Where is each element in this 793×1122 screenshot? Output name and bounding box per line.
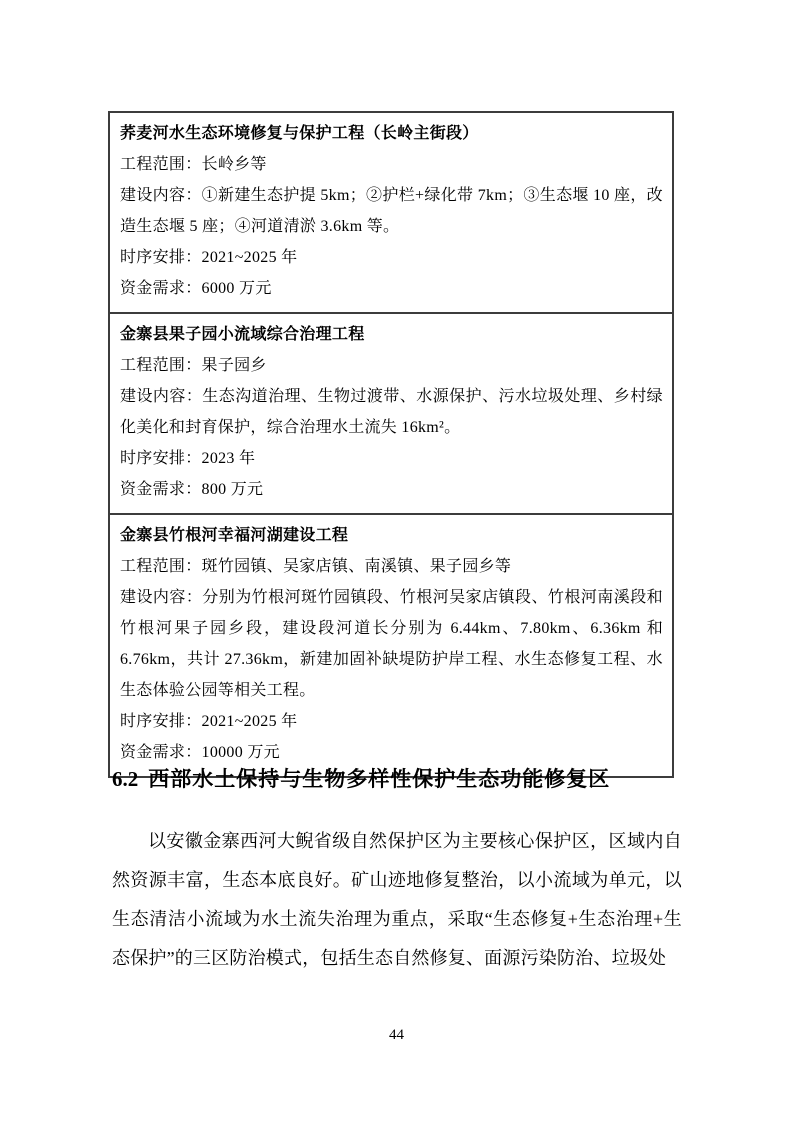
- project-content-row: 建设内容：分别为竹根河斑竹园镇段、竹根河吴家店镇段、竹根河南溪段和竹根河果子园乡…: [120, 582, 663, 706]
- funding-label: 资金需求：: [120, 744, 202, 761]
- content-label: 建设内容：: [120, 589, 202, 606]
- project-scope-row: 工程范围：果子园乡: [120, 350, 663, 381]
- project-funding-row: 资金需求：800 万元: [120, 474, 663, 505]
- project-card-2: 金寨县果子园小流域综合治理工程 工程范围：果子园乡 建设内容：生态沟道治理、生物…: [110, 312, 672, 513]
- content-value: 分别为竹根河斑竹园镇段、竹根河吴家店镇段、竹根河南溪段和竹根河果子园乡段，建设段…: [120, 589, 663, 699]
- project-card-1: 荞麦河水生态环境修复与保护工程（长岭主街段） 工程范围：长岭乡等 建设内容：①新…: [110, 113, 672, 312]
- project-card-3: 金寨县竹根河幸福河湖建设工程 工程范围：斑竹园镇、吴家店镇、南溪镇、果子园乡等 …: [110, 513, 672, 776]
- project-title: 金寨县果子园小流域综合治理工程: [120, 319, 663, 350]
- project-schedule-row: 时序安排：2021~2025 年: [120, 706, 663, 737]
- project-title: 金寨县竹根河幸福河湖建设工程: [120, 520, 663, 551]
- project-scope-row: 工程范围：长岭乡等: [120, 149, 663, 180]
- scope-label: 工程范围：: [120, 357, 202, 374]
- project-content-row: 建设内容：①新建生态护提 5km；②护栏+绿化带 7km；③生态堰 10 座，改…: [120, 180, 663, 242]
- scope-value: 斑竹园镇、吴家店镇、南溪镇、果子园乡等: [202, 558, 512, 575]
- funding-label: 资金需求：: [120, 280, 202, 297]
- schedule-label: 时序安排：: [120, 249, 202, 266]
- project-table: 荞麦河水生态环境修复与保护工程（长岭主街段） 工程范围：长岭乡等 建设内容：①新…: [108, 111, 674, 778]
- funding-value: 6000 万元: [202, 280, 272, 297]
- funding-value: 800 万元: [202, 481, 264, 498]
- content-value: 生态沟道治理、生物过渡带、水源保护、污水垃圾处理、乡村绿化美化和封育保护，综合治…: [120, 388, 663, 436]
- project-schedule-row: 时序安排：2023 年: [120, 443, 663, 474]
- document-page: 荞麦河水生态环境修复与保护工程（长岭主街段） 工程范围：长岭乡等 建设内容：①新…: [0, 0, 793, 1122]
- content-label: 建设内容：: [120, 388, 202, 405]
- scope-label: 工程范围：: [120, 156, 202, 173]
- project-title: 荞麦河水生态环境修复与保护工程（长岭主街段）: [120, 118, 663, 149]
- section-number: 6.2: [112, 767, 138, 791]
- section-heading: 6.2西部水土保持与生物多样性保护生态功能修复区: [112, 766, 684, 793]
- content-value: ①新建生态护提 5km；②护栏+绿化带 7km；③生态堰 10 座，改造生态堰 …: [120, 187, 663, 235]
- scope-value: 果子园乡: [202, 357, 267, 374]
- scope-label: 工程范围：: [120, 558, 202, 575]
- scope-value: 长岭乡等: [202, 156, 267, 173]
- schedule-value: 2023 年: [202, 450, 256, 467]
- schedule-value: 2021~2025 年: [202, 249, 298, 266]
- schedule-value: 2021~2025 年: [202, 713, 298, 730]
- funding-label: 资金需求：: [120, 481, 202, 498]
- project-scope-row: 工程范围：斑竹园镇、吴家店镇、南溪镇、果子园乡等: [120, 551, 663, 582]
- project-schedule-row: 时序安排：2021~2025 年: [120, 242, 663, 273]
- project-funding-row: 资金需求：10000 万元: [120, 737, 663, 768]
- content-label: 建设内容：: [120, 187, 202, 204]
- project-funding-row: 资金需求：6000 万元: [120, 273, 663, 304]
- project-content-row: 建设内容：生态沟道治理、生物过渡带、水源保护、污水垃圾处理、乡村绿化美化和封育保…: [120, 381, 663, 443]
- funding-value: 10000 万元: [202, 744, 280, 761]
- schedule-label: 时序安排：: [120, 450, 202, 467]
- page-number: 44: [0, 1026, 793, 1044]
- body-paragraph: 以安徽金寨西河大鲵省级自然保护区为主要核心保护区，区域内自然资源丰富，生态本底良…: [112, 822, 682, 978]
- section-title: 西部水土保持与生物多样性保护生态功能修复区: [148, 768, 610, 791]
- schedule-label: 时序安排：: [120, 713, 202, 730]
